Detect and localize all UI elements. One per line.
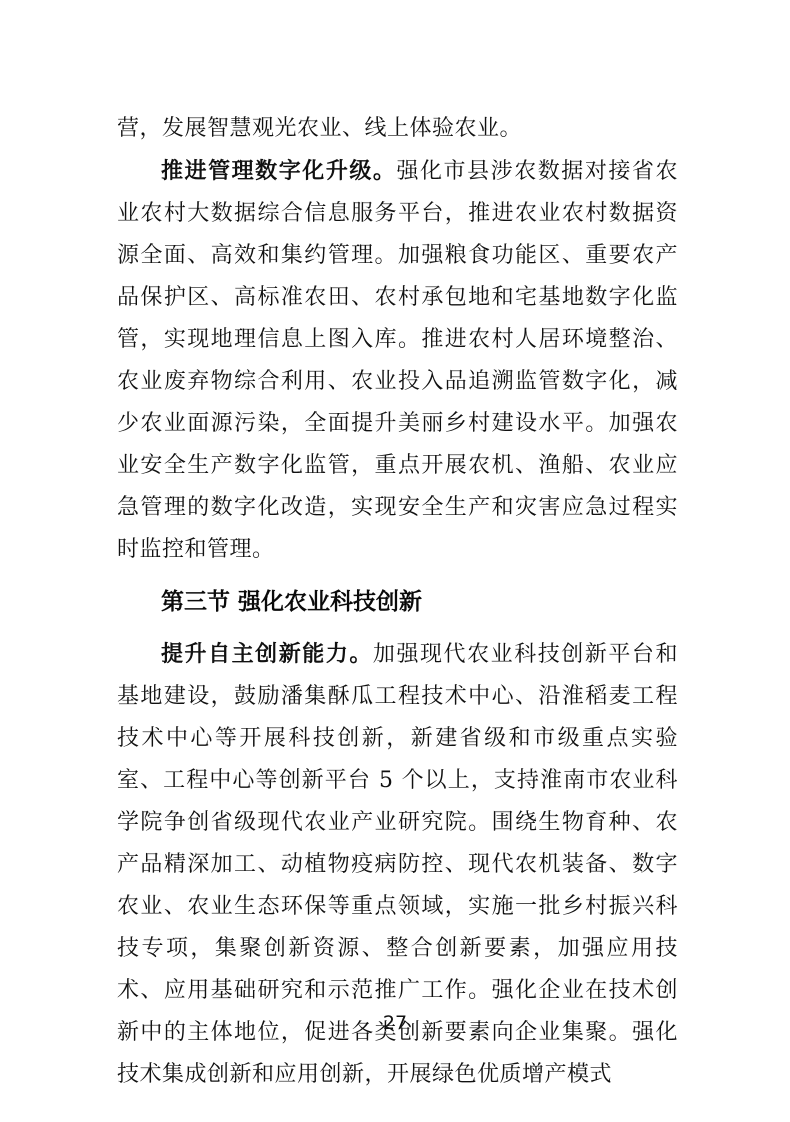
paragraph-lead-bold: 提升自主创新能力。 <box>161 641 373 667</box>
paragraph-lead-bold: 推进管理数字化升级。 <box>161 158 396 184</box>
page-number: 27 <box>0 1012 790 1034</box>
section-heading: 第三节 强化农业科技创新 <box>117 581 678 623</box>
body-paragraph-digital-management: 推进管理数字化升级。强化市县涉农数据对接省农业农村大数据综合信息服务平台，推进农… <box>117 150 678 571</box>
paragraph-continuation: 营，发展智慧观光农业、线上体验农业。 <box>117 108 678 150</box>
document-page: 营，发展智慧观光农业、线上体验农业。 推进管理数字化升级。强化市县涉农数据对接省… <box>0 0 790 1122</box>
paragraph-body-text: 强化市县涉农数据对接省农业农村大数据综合信息服务平台，推进农业农村数据资源全面、… <box>117 159 678 562</box>
